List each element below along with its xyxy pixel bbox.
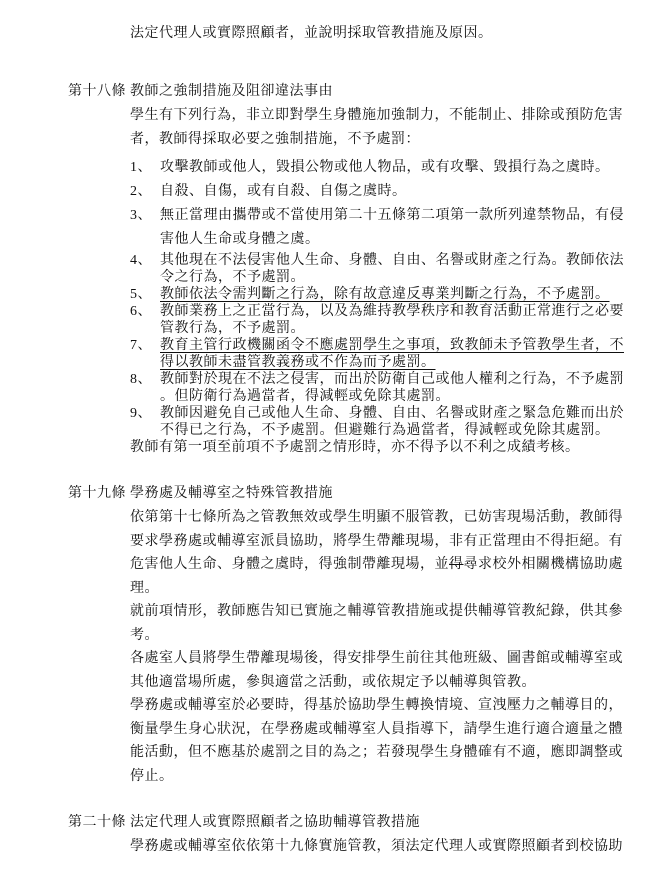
item-number: 2、 — [130, 180, 160, 204]
list-item: 2、自殺、自傷，或有自殺、自傷之虞時。 — [130, 180, 668, 204]
text-run: 就前項情形，教師應告知已實施之輔導管教措施或提供輔導管教紀錄，供其參考。 — [130, 604, 623, 643]
article-paragraph: 就前項情形，教師應告知已實施之輔導管教措施或提供輔導管教紀錄，供其參考。 — [130, 600, 624, 647]
article-items: 1、攻擊教師或他人，毀損公物或他人物品，或有攻擊、毀損行為之虞時。2、自殺、自傷… — [68, 156, 668, 439]
article-intro: 學生有下列行為，非立即對學生身體施加強制力，不能制止、排除或預防危害者，教師得採… — [130, 104, 624, 152]
text-run: 各處室人員將學生帶離現場後，得安排學生前往其他班級、圖書館或輔導室或其他適當場所… — [130, 651, 623, 690]
list-item: 7、教育主管行政機關函令不應處罰學生之事項，致教師未予管教學生者，不得以教師未盡… — [130, 337, 668, 371]
article-section: 第二十條法定代理人或實際照顧者之協助輔導管教措施學務處或輔導室依依第十九條實施管… — [68, 811, 668, 859]
article-heading: 第十八條教師之強制措施及阻卻違法事由 — [68, 80, 668, 104]
item-text: 無正當理由攜帶或不當使用第二十五條第二項第一款所列違禁物品，有侵害他人生命或身體… — [160, 204, 625, 252]
article-closing: 教師有第一項至前項不予處罰之情形時，亦不得予以不利之成績考核。 — [130, 439, 624, 456]
strikethrough-text: 得 — [449, 557, 464, 572]
item-number: 7、 — [130, 337, 160, 371]
text-run: 學務處或輔導室於必要時，得基於協助學生轉換情境、宣洩壓力之輔導目的，衡量學生身心… — [130, 698, 623, 784]
article-number: 第十八條 — [68, 80, 130, 104]
article-title: 法定代理人或實際照顧者之協助輔導管教措施 — [130, 811, 420, 835]
list-item: 9、教師因避免自己或他人生命、身體、自由、名譽或財產之緊急危難而出於不得已之行為… — [130, 405, 668, 439]
article-paragraph: 各處室人員將學生帶離現場後，得安排學生前往其他班級、圖書館或輔導室或其他適當場所… — [130, 647, 624, 694]
article-section: 第十八條教師之強制措施及阻卻違法事由學生有下列行為，非立即對學生身體施加強制力，… — [68, 80, 668, 456]
item-number: 6、 — [130, 303, 160, 337]
item-text: 教師對於現在不法之侵害，而出於防衛自己或他人權利之行為，不予處罰。但防衛行為過當… — [160, 371, 625, 405]
list-item: 6、教師業務上之正當行為，以及為維持教學秩序和教育活動正常進行之必要管教行為，不… — [130, 303, 668, 337]
item-number: 4、 — [130, 252, 160, 286]
item-text: 教師因避免自己或他人生命、身體、自由、名譽或財產之緊急危難而出於不得已之行為，不… — [160, 405, 625, 439]
item-text: 教育主管行政機關函令不應處罰學生之事項，致教師未予管教學生者，不得以教師未盡管教… — [160, 337, 625, 371]
item-text: 其他現在不法侵害他人生命、身體、自由、名譽或財產之行為。教師依法令之行為，不予處… — [160, 252, 625, 286]
article-paragraph: 依第第十七條所為之管教無效或學生明顯不服管教，已妨害現場活動，教師得要求學務處或… — [130, 506, 624, 600]
list-item: 8、教師對於現在不法之侵害，而出於防衛自己或他人權利之行為，不予處罰。但防衛行為… — [130, 371, 668, 405]
text-run: 學務處或輔導室依依第十九條實施管教，須法定代理人或實際照顧者到校協助 — [130, 839, 623, 854]
article-number: 第十九條 — [68, 482, 130, 506]
item-text: 教師依法令需判斷之行為，除有故意違反專業判斷之行為，不予處罰。 — [160, 286, 625, 303]
item-text: 自殺、自傷，或有自殺、自傷之虞時。 — [160, 180, 625, 204]
article-number: 第二十條 — [68, 811, 130, 835]
item-number: 9、 — [130, 405, 160, 439]
article-heading: 第二十條法定代理人或實際照顧者之協助輔導管教措施 — [68, 811, 668, 835]
article-heading: 第十九條學務處及輔導室之特殊管教措施 — [68, 482, 668, 506]
list-item: 3、無正當理由攜帶或不當使用第二十五條第二項第一款所列違禁物品，有侵害他人生命或… — [130, 204, 668, 252]
item-text: 攻擊教師或他人，毀損公物或他人物品，或有攻擊、毀損行為之虞時。 — [160, 156, 625, 180]
text-run: 教師有第一項至前項不予處罰之情形時，亦不得予以不利之成績考核。 — [130, 440, 580, 455]
item-number: 8、 — [130, 371, 160, 405]
list-item: 1、攻擊教師或他人，毀損公物或他人物品，或有攻擊、毀損行為之虞時。 — [130, 156, 668, 180]
article-title: 學務處及輔導室之特殊管教措施 — [130, 482, 333, 506]
article-section: 第十九條學務處及輔導室之特殊管教措施依第第十七條所為之管教無效或學生明顯不服管教… — [68, 482, 668, 788]
item-text: 教師業務上之正當行為，以及為維持教學秩序和教育活動正常進行之必要管教行為，不予處… — [160, 303, 625, 337]
item-number: 3、 — [130, 204, 160, 252]
list-item: 4、其他現在不法侵害他人生命、身體、自由、名譽或財產之行為。教師依法令之行為，不… — [130, 252, 668, 286]
continuation-paragraph: 法定代理人或實際照顧者，並說明採取管教措施及原因。 — [130, 22, 668, 46]
list-item: 5、教師依法令需判斷之行為，除有故意違反專業判斷之行為，不予處罰。 — [130, 286, 668, 303]
item-number: 1、 — [130, 156, 160, 180]
articles-container: 第十八條教師之強制措施及阻卻違法事由學生有下列行為，非立即對學生身體施加強制力，… — [68, 80, 668, 859]
item-number: 5、 — [130, 286, 160, 303]
document-page: 法定代理人或實際照顧者，並說明採取管教措施及原因。 第十八條教師之強制措施及阻卻… — [0, 0, 668, 874]
article-paragraph: 學務處或輔導室於必要時，得基於協助學生轉換情境、宣洩壓力之輔導目的，衡量學生身心… — [130, 694, 624, 788]
text-run: 學生有下列行為，非立即對學生身體施加強制力，不能制止、排除或預防危害者，教師得採… — [130, 108, 623, 147]
article-title: 教師之強制措施及阻卻違法事由 — [130, 80, 333, 104]
article-paragraph: 學務處或輔導室依依第十九條實施管教，須法定代理人或實際照顧者到校協助 — [130, 835, 624, 859]
